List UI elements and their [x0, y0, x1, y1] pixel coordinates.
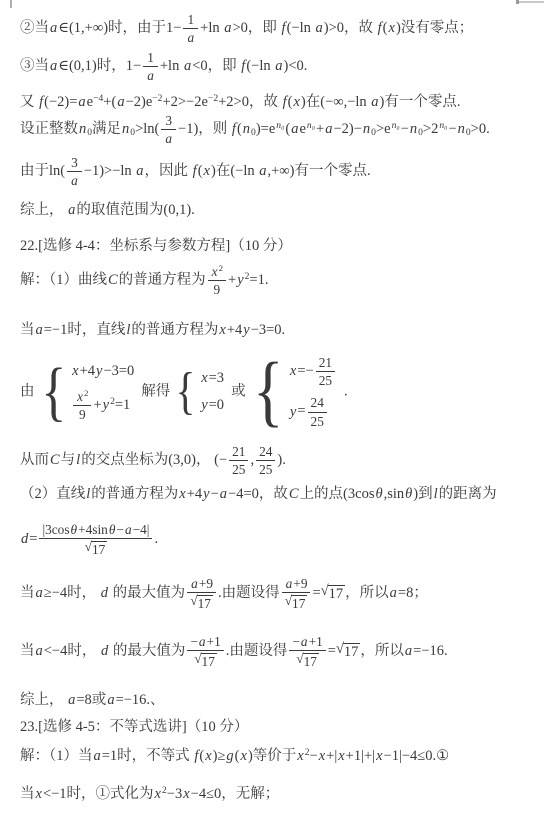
- math-variable: a: [389, 585, 398, 601]
- text-run: 24: [259, 444, 272, 459]
- text-run: (: [198, 163, 203, 179]
- fraction-numerator: −a+1: [289, 634, 325, 650]
- text-run: 17: [329, 586, 344, 602]
- math-fraction: a+9√17: [282, 576, 311, 611]
- text-run: 或: [231, 383, 246, 399]
- text-run: 3: [165, 113, 172, 128]
- text-run: −1)>−ln: [84, 163, 136, 179]
- text-run: 的取值范围为(0,1).: [76, 202, 194, 218]
- fraction-numerator: 24: [256, 444, 275, 460]
- superscript: n₀: [275, 120, 285, 131]
- math-variable: a: [93, 748, 102, 764]
- distance-formula-line: d=|3cosθ+4sinθ−a−4|√17.: [20, 522, 158, 557]
- window-edge-artifact-left: [10, 0, 12, 8]
- text-run: >2: [423, 121, 438, 137]
- math-variable: a: [124, 522, 133, 537]
- text-run: 的距离为: [439, 486, 497, 502]
- text-run: 25: [311, 414, 324, 429]
- fraction-numerator: a+9: [187, 576, 216, 592]
- text-run: 17: [92, 542, 105, 557]
- zero-right-interval-line: 由于ln(3a−1)>−ln a，因此 f(x)在(−ln a,+∞)有一个零点…: [20, 155, 371, 189]
- math-variable: n₀: [275, 120, 285, 131]
- text-run: =8或: [76, 692, 106, 708]
- math-variable: x: [211, 264, 219, 279]
- fraction-numerator: 21: [229, 444, 248, 460]
- fraction-numerator: −a+1: [187, 634, 223, 650]
- text-run: 25: [232, 462, 245, 477]
- text-run: =: [297, 404, 305, 420]
- system-brace-icon: {: [41, 361, 66, 424]
- text-run: 与: [61, 452, 76, 468]
- superscript: −4: [93, 93, 103, 104]
- math-variable: n: [362, 121, 371, 137]
- math-variable: n₀: [306, 120, 316, 131]
- text-run: =−: [297, 363, 313, 379]
- math-variable: n: [457, 121, 466, 137]
- fraction-numerator: |3cosθ+4sinθ−a−4|: [39, 522, 152, 538]
- case-a-ge-neg4-line: 当a≥−4时， d 的最大值为a+9√17.由题设得a+9√17=√17，所以a…: [20, 576, 428, 611]
- fraction-denominator: 25: [229, 461, 248, 477]
- radical-sign: √: [296, 652, 303, 665]
- system-row: y=0: [200, 395, 224, 415]
- text-run: −: [211, 486, 219, 502]
- text-run: +9: [293, 576, 307, 591]
- text-run: −2)e: [126, 94, 153, 110]
- text-run: −2)−: [333, 121, 361, 137]
- text-run: <−4时，: [44, 643, 100, 659]
- text-run: >e: [376, 121, 391, 137]
- superscript: −2: [152, 93, 162, 104]
- text-run: 的普通方程为: [131, 322, 218, 338]
- text-run: |3cos: [42, 522, 69, 537]
- window-edge-artifact-right-tick: [516, 0, 519, 4]
- math-variable: a: [315, 20, 324, 36]
- text-run: ,+∞)有一个零点.: [267, 163, 370, 179]
- text-run: 综上，: [20, 692, 67, 708]
- math-variable: a: [404, 643, 413, 659]
- text-run: 25: [319, 373, 332, 388]
- fraction-denominator: a: [67, 172, 82, 188]
- text-run: =: [312, 585, 320, 601]
- text-run: +1|+|: [346, 748, 375, 764]
- conclusion-21-line: 综上， a的取值范围为(0,1).: [20, 200, 195, 220]
- math-variable: x: [375, 748, 383, 764]
- line-l-equation-line: 当a=−1时，直线l的普通方程为x+4y−3=0.: [20, 320, 285, 340]
- text-run: +2>0，故: [218, 94, 281, 110]
- fraction-numerator: 24: [308, 395, 327, 411]
- math-variable: a: [35, 643, 44, 659]
- text-run: +|: [326, 748, 337, 764]
- text-run: )在(−ln: [211, 163, 258, 179]
- text-run: +: [93, 397, 101, 413]
- text-run: )等价于: [248, 748, 296, 764]
- math-variable: a: [135, 163, 144, 179]
- fraction-numerator: 21: [316, 355, 335, 371]
- math-variable: a: [49, 20, 58, 36]
- superscript: n₀: [391, 120, 401, 131]
- system-rows: x=3y=0: [200, 368, 224, 416]
- math-fraction: 2125: [229, 444, 248, 478]
- math-variable: θ: [404, 486, 413, 502]
- math-variable: a: [67, 202, 76, 218]
- text-run: ③当: [20, 58, 49, 74]
- text-run: −1|−4≤0.①: [384, 748, 450, 764]
- text-run: =8；: [398, 585, 428, 601]
- math-fraction: |3cosθ+4sinθ−a−4|√17: [39, 522, 152, 557]
- math-variable: y: [200, 397, 208, 413]
- text-run: ,sin: [384, 486, 405, 502]
- math-variable: a: [164, 131, 173, 146]
- text-run: −2: [208, 93, 218, 104]
- system-row: x=3: [200, 368, 224, 388]
- text-run: 的最大值为: [109, 585, 185, 601]
- math-variable: x: [178, 486, 186, 502]
- math-variable: x: [71, 363, 79, 379]
- math-fraction: −a+1√17: [187, 634, 223, 669]
- math-variable: y: [242, 322, 250, 338]
- zero-left-interval-line: 又 f(−2)=ae−4+(a−2)e−2+2>−2e−2+2>0，故 f(x)…: [20, 92, 461, 112]
- text-run: >0，即: [232, 20, 280, 36]
- text-run: +2>−2e: [162, 94, 207, 110]
- curve-c-equation-line: 解：（1）曲线C的普通方程为x29+y2=1.: [20, 264, 268, 298]
- text-run: −4=0，故: [228, 486, 288, 502]
- system-rows: x+4y−3=0x29+y2=1: [71, 361, 134, 422]
- math-variable: x: [318, 748, 326, 764]
- math-variable: x: [388, 20, 396, 36]
- math-variable: x: [240, 748, 248, 764]
- math-variable: a: [183, 58, 192, 74]
- text-run: 17: [344, 644, 359, 660]
- text-run: ∈(0,1)时，1−: [58, 58, 141, 74]
- text-run: 当: [20, 786, 35, 802]
- text-run: =: [29, 531, 37, 547]
- math-fraction: 1a: [143, 50, 158, 84]
- math-fraction: 3a: [161, 113, 176, 147]
- fraction-denominator: √17: [187, 593, 216, 611]
- case-x-lt-neg1-line: 当x<−1时，①式化为x2−3x−4≤0，无解；: [20, 784, 279, 804]
- system-rows: x=−2125y=2425: [289, 355, 337, 429]
- math-variable: x: [204, 748, 212, 764]
- case-a-lt-neg4-line: 当a<−4时， d 的最大值为−a+1√17.由题设得−a+1√17=√17，所…: [20, 634, 448, 669]
- text-run: ，因此: [145, 163, 192, 179]
- fraction-denominator: a: [183, 29, 198, 45]
- text-run: +1: [309, 634, 323, 649]
- radicand: 17: [201, 653, 217, 669]
- text-run: (−ln: [287, 20, 315, 36]
- text-run: 满足: [92, 121, 121, 137]
- radicand: 17: [328, 585, 346, 603]
- text-run: 由于ln(: [20, 163, 65, 179]
- fraction-numerator: 3: [162, 113, 175, 129]
- radical: √17: [85, 541, 108, 557]
- radical-sign: √: [336, 642, 344, 657]
- text-run: −3=0.: [251, 322, 285, 338]
- text-run: 21: [319, 355, 332, 370]
- text-run: .由题设得: [226, 643, 288, 659]
- text-run: 的最大值为: [109, 643, 185, 659]
- text-run: =3: [209, 370, 224, 386]
- text-run: =0: [209, 397, 224, 413]
- math-variable: y: [236, 272, 244, 288]
- text-run: 9: [79, 407, 86, 422]
- text-run: −4: [93, 93, 103, 104]
- fraction-numerator: 3: [68, 155, 81, 171]
- text-run: )没有零点；: [396, 20, 473, 36]
- radical: √17: [194, 653, 217, 669]
- text-run: 当: [20, 322, 35, 338]
- case-3-line: ③当a∈(0,1)时，1−1a+ln a<0，即 f(−ln a)<0.: [20, 50, 307, 84]
- text-run: >0.: [471, 121, 490, 137]
- text-run: 解：（1）当: [20, 748, 93, 764]
- text-run: 17: [304, 654, 317, 669]
- text-run: +4sin: [78, 522, 108, 537]
- math-variable: x: [337, 748, 345, 764]
- math-variable: n: [409, 121, 418, 137]
- text-run: （2）直线: [20, 486, 85, 502]
- text-run: −: [401, 121, 409, 137]
- fraction-denominator: a: [143, 67, 158, 83]
- text-run: (: [383, 20, 388, 36]
- math-variable: x: [203, 163, 211, 179]
- radical: √17: [285, 595, 308, 611]
- text-run: 23.[选修 4-5：不等式选讲]（10 分）: [20, 719, 248, 735]
- fraction-denominator: 25: [256, 461, 275, 477]
- text-run: <0，即: [192, 58, 240, 74]
- case-2-line: ②当a∈(1,+∞)时，由于1−1a+ln a>0，即 f(−ln a)>0，故…: [20, 12, 473, 46]
- text-run: 2: [219, 263, 223, 273]
- fraction-denominator: a: [161, 130, 176, 146]
- text-run: +ln: [200, 20, 223, 36]
- text-run: +1: [207, 634, 221, 649]
- math-variable: a: [70, 173, 79, 188]
- text-run: +(: [103, 94, 116, 110]
- math-variable: n: [121, 121, 130, 137]
- math-variable: a: [370, 94, 379, 110]
- superscript: −2: [208, 93, 218, 104]
- math-variable: a: [190, 576, 199, 591]
- fraction-numerator: x2: [208, 264, 226, 280]
- math-fraction: 3a: [67, 155, 82, 189]
- n0-definition-line: 设正整数n0满足n0>ln(3a−1)，则 f(n0)=en₀(aen₀+a−2…: [20, 113, 490, 147]
- text-run: 2: [84, 388, 88, 398]
- math-variable: a: [285, 576, 294, 591]
- text-run: +: [228, 272, 236, 288]
- math-variable: a: [198, 634, 207, 649]
- text-run: −4≤0，无解；: [191, 786, 280, 802]
- fraction-numerator: x2: [73, 389, 91, 405]
- text-run: 9: [214, 282, 221, 297]
- system-row: y=2425: [289, 395, 329, 429]
- text-run: 又: [20, 94, 38, 110]
- distance-setup-line: （2）直线l的普通方程为x+4y−a−4=0，故C上的点(3cosθ,sinθ)…: [20, 484, 497, 504]
- text-run: −3: [167, 786, 182, 802]
- superscript: n₀: [306, 120, 316, 131]
- math-variable: n₀: [438, 120, 448, 131]
- text-run: −1)，则: [178, 121, 231, 137]
- text-run: −4|: [133, 522, 150, 537]
- radical: √17: [296, 653, 319, 669]
- text-run: 17: [202, 654, 215, 669]
- text-run: )<0.: [283, 58, 307, 74]
- fraction-denominator: 25: [308, 413, 327, 429]
- math-variable: θ: [70, 522, 79, 537]
- text-run: )到: [413, 486, 432, 502]
- text-run: 从而: [20, 452, 49, 468]
- math-variable: d: [20, 531, 29, 547]
- math-variable: a: [49, 58, 58, 74]
- math-fraction: x29: [73, 389, 91, 423]
- system-solution-line: 由{x+4y−3=0x29+y2=1解得{x=3y=0或{x=−2125y=24…: [20, 354, 348, 430]
- text-run: =1: [115, 397, 130, 413]
- radical: √17: [190, 595, 213, 611]
- text-run: +4: [227, 322, 242, 338]
- radical-sign: √: [285, 594, 292, 607]
- system-row: x+4y−3=0: [71, 361, 134, 381]
- text-run: 由: [20, 383, 35, 399]
- text-run: =−16.: [413, 643, 447, 659]
- text-run: 上的点(3cos: [300, 486, 375, 502]
- superscript: n₀: [438, 120, 448, 131]
- fraction-numerator: a+9: [282, 576, 311, 592]
- system-brace-icon: {: [252, 354, 283, 430]
- text-run: )有一个零点.: [380, 94, 461, 110]
- radicand: 17: [197, 595, 213, 611]
- text-run: −: [448, 121, 456, 137]
- radical-sign: √: [85, 540, 92, 553]
- superscript: 2: [219, 263, 223, 273]
- text-run: 设正整数: [20, 121, 78, 137]
- text-run: +ln: [160, 58, 183, 74]
- text-run: ∈(1,+∞)时，由于1−: [58, 20, 181, 36]
- text-run: 当: [20, 643, 35, 659]
- math-fraction: 2425: [308, 395, 327, 429]
- system-brace-icon: {: [176, 367, 196, 416]
- text-run: +4: [80, 363, 95, 379]
- math-variable: a: [186, 30, 195, 45]
- problem-23-heading: 23.[选修 4-5：不等式选讲]（10 分）: [20, 717, 248, 737]
- equation-system: {x=−2125y=2425: [249, 354, 337, 430]
- fraction-denominator: √17: [293, 651, 322, 669]
- math-variable: y: [202, 486, 210, 502]
- radical: √17: [336, 643, 360, 661]
- text-run: (−2)=: [44, 94, 77, 110]
- text-run: 1: [187, 12, 194, 27]
- equation-system: {x=3y=0: [173, 367, 224, 416]
- math-fraction: 1a: [183, 12, 198, 46]
- fraction-numerator: 1: [144, 50, 157, 66]
- radical: √17: [321, 585, 345, 603]
- math-variable: x: [292, 94, 300, 110]
- text-run: ，所以: [345, 585, 389, 601]
- text-run: 1: [147, 50, 154, 65]
- text-run: −: [190, 634, 198, 649]
- math-variable: x: [154, 786, 162, 802]
- text-run: +: [316, 121, 324, 137]
- radical-sign: √: [190, 594, 197, 607]
- fraction-denominator: 25: [316, 372, 335, 388]
- text-run: 解：（1）曲线: [20, 272, 107, 288]
- text-run: ②当: [20, 20, 49, 36]
- radical-sign: √: [321, 584, 329, 599]
- math-variable: θ: [374, 486, 383, 502]
- text-run: =−16.、: [116, 692, 165, 708]
- fraction-denominator: 9: [211, 281, 224, 297]
- text-run: 的普通方程为: [91, 486, 178, 502]
- text-run: 22.[选修 4-4：坐标系与参数方程]（10 分）: [20, 238, 292, 254]
- document-page: ②当a∈(1,+∞)时，由于1−1a+ln a>0，即 f(−ln a)>0，故…: [0, 0, 544, 824]
- text-run: )≥: [213, 748, 226, 764]
- text-run: −: [310, 748, 318, 764]
- text-run: )>0，故: [324, 20, 377, 36]
- text-run: −3=0: [103, 363, 134, 379]
- math-variable: C: [288, 486, 300, 502]
- radicand: 17: [303, 653, 319, 669]
- math-variable: x: [35, 786, 43, 802]
- text-run: 21: [232, 444, 245, 459]
- math-variable: a: [300, 634, 309, 649]
- math-variable: a: [219, 486, 228, 502]
- fraction-denominator: √17: [82, 539, 111, 557]
- text-run: =−1时，直线: [44, 322, 126, 338]
- math-variable: C: [107, 272, 119, 288]
- text-run: 25: [259, 462, 272, 477]
- math-variable: x: [76, 389, 84, 404]
- math-fraction: 2125: [316, 355, 335, 389]
- text-run: ).: [277, 452, 285, 468]
- math-variable: a: [77, 94, 86, 110]
- text-run: =1.: [249, 272, 268, 288]
- math-variable: C: [49, 452, 61, 468]
- window-edge-artifact-right: [517, 1, 544, 3]
- system-row: x=−2125: [289, 355, 337, 389]
- math-variable: d: [100, 643, 109, 659]
- text-run: 24: [311, 395, 324, 410]
- text-run: +4: [187, 486, 202, 502]
- math-fraction: −a+1√17: [289, 634, 325, 669]
- text-run: (−ln: [246, 58, 274, 74]
- text-run: 综上，: [20, 202, 67, 218]
- math-variable: x: [200, 370, 208, 386]
- math-variable: x: [182, 786, 190, 802]
- fraction-numerator: 1: [184, 12, 197, 28]
- text-run: 的普通方程为: [119, 272, 206, 288]
- math-variable: a: [106, 692, 115, 708]
- text-run: −: [292, 634, 300, 649]
- problem-22-heading: 22.[选修 4-4：坐标系与参数方程]（10 分）: [20, 236, 292, 256]
- text-run: 17: [292, 596, 305, 611]
- text-run: 17: [198, 596, 211, 611]
- fraction-denominator: 9: [76, 406, 89, 422]
- math-variable: n₀: [391, 120, 401, 131]
- math-fraction: x29: [208, 264, 226, 298]
- text-run: ，所以: [360, 643, 404, 659]
- text-run: >ln(: [135, 121, 159, 137]
- conclusion-22-line: 综上， a=8或a=−16.、: [20, 690, 165, 710]
- inequality-setup-line: 解：（1）当a=1时，不等式 f(x)≥g(x)等价于x2−x+|x+1|+|x…: [20, 746, 449, 766]
- text-run: =: [328, 643, 336, 659]
- fraction-denominator: √17: [282, 593, 311, 611]
- math-variable: g: [225, 748, 234, 764]
- text-run: .由题设得: [218, 585, 280, 601]
- text-run: ≥−4时，: [44, 585, 100, 601]
- text-run: −2: [152, 93, 162, 104]
- fraction-denominator: √17: [191, 651, 220, 669]
- superscript: 2: [84, 388, 88, 398]
- text-run: )在(−∞,−ln: [301, 94, 370, 110]
- radicand: 17: [91, 541, 107, 557]
- math-variable: a: [67, 692, 76, 708]
- text-run: <−1时，①式化为: [43, 786, 154, 802]
